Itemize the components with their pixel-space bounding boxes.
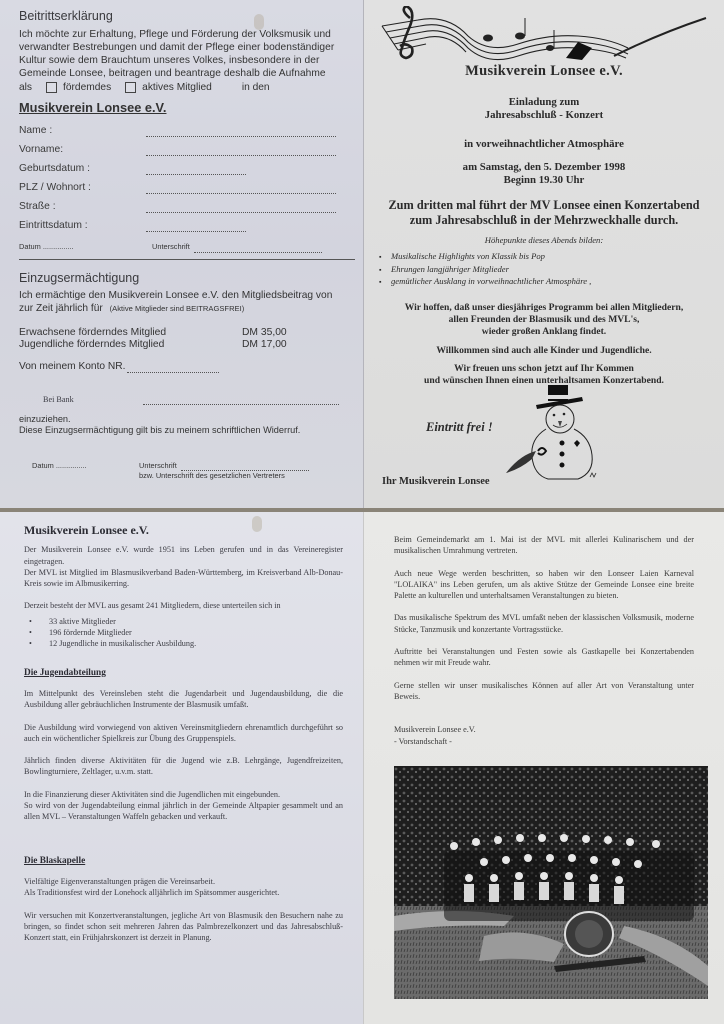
music-staff-icon <box>378 6 708 66</box>
active-member-checkbox[interactable] <box>125 82 136 93</box>
activities-paragraph: Gerne stellen wir unser musikalisches Kö… <box>394 680 694 703</box>
highlights-list: Musikalische Highlights von Klassik bis … <box>379 251 591 289</box>
about-panel: Musikverein Lonsee e.V. Der Musikverein … <box>0 512 364 1024</box>
band-photo-image <box>394 766 708 999</box>
activities-paragraph: Auch neue Wege werden beschritten, so ha… <box>394 568 694 602</box>
guardian-note: bzw. Unterschrift des gesetzlichen Vertr… <box>139 471 309 481</box>
street-label: Straße : <box>19 200 146 213</box>
bank-label: Bei Bank <box>19 381 143 405</box>
invitation-line: Einladung zum <box>364 96 724 109</box>
member-breakdown-item: 33 aktive Mitglieder <box>29 616 343 627</box>
band-section-heading: Die Blaskapelle <box>24 856 343 867</box>
street-field-row: Straße : <box>19 194 349 213</box>
as-label: als <box>19 81 32 94</box>
invitation-subtitle: Einladung zum Jahresabschluß - Konzert <box>364 96 724 122</box>
youth-paragraph: So wird von der Jugendabteilung einmal j… <box>24 800 343 823</box>
event-datetime: am Samstag, den 5. Dezember 1998 Beginn … <box>364 161 724 187</box>
active-members-free-note: (Aktive Mitglieder sind BEITRAGSFREI) <box>110 304 245 313</box>
membership-type-row: als fördemdes aktives Mitglied in den <box>19 81 349 94</box>
atmosphere-line: in vorweihnachtlicher Atmosphäre <box>364 138 724 151</box>
first-name-field-row: Vorname: <box>19 137 349 156</box>
fee-amount: DM 17,00 <box>242 339 287 351</box>
collect-label: einzuziehen. <box>19 414 349 425</box>
about-title: Musikverein Lonsee e.V. <box>24 525 343 536</box>
fee-label: Erwachsene förderndes Mitglied <box>19 327 242 339</box>
active-member-label: aktives Mitglied <box>142 81 212 94</box>
free-admission: Eintritt frei ! <box>426 420 493 435</box>
bank-row: Bei Bank <box>19 381 349 405</box>
zip-city-field-row: PLZ / Wohnort : <box>19 175 349 194</box>
hope-line: wieder großen Anklang findet. <box>364 326 724 338</box>
announcement-line: Zum dritten mal führt der MV Lonsee eine… <box>364 198 724 213</box>
activities-paragraph: Beim Gemeindemarkt am 1. Mai ist der MVL… <box>394 534 694 557</box>
band-paragraph: Wir versuchen mit Konzertveranstaltungen… <box>24 910 343 944</box>
highlight-item: Ehrungen langjähriger Mitglieder <box>379 264 591 277</box>
event-time: Beginn 19.30 Uhr <box>364 174 724 187</box>
first-name-label: Vorname: <box>19 143 146 156</box>
direct-debit-text: Ich ermächtige den Musikverein Lonsee e.… <box>19 289 349 315</box>
invitation-panel: Musikverein Lonsee e.V. Einladung zum Ja… <box>364 0 724 508</box>
first-name-field[interactable] <box>146 147 336 156</box>
fee-row: Erwachsene förderndes Mitglied DM 35,00 <box>19 327 349 339</box>
highlight-item: gemütlicher Ausklang in vorweihnachtlich… <box>379 276 591 289</box>
membership-signature-field[interactable] <box>194 244 322 253</box>
youth-paragraph: Die Ausbildung wird vorwiegend von aktiv… <box>24 722 343 745</box>
youth-paragraph: Im Mittelpunkt des Vereinsleben steht di… <box>24 688 343 711</box>
birthdate-field[interactable] <box>146 166 246 175</box>
announcement-line: zum Jahresabschluß in der Mehrzweckhalle… <box>364 213 724 228</box>
fee-label: Jugendliche förderndes Mitglied <box>19 339 242 351</box>
band-paragraph: Als Traditionsfest wird der Lonehock all… <box>24 887 343 898</box>
entry-date-field-row: Eintrittsdatum : <box>19 213 349 232</box>
membership-intro: Ich möchte zur Erhaltung, Pflege und För… <box>19 28 349 80</box>
welcome-message: Willkommen sind auch alle Kinder und Jug… <box>364 344 724 357</box>
bank-field[interactable] <box>143 396 339 405</box>
supporting-member-checkbox[interactable] <box>46 82 57 93</box>
flyer-inside-sheet: Musikverein Lonsee e.V. Der Musikverein … <box>0 512 724 1024</box>
account-row: Von meinem Konto NR. <box>19 360 349 373</box>
youth-section-heading: Die Jugendabteilung <box>24 668 343 679</box>
band-group-photo <box>394 766 708 999</box>
collect-text: einzuziehen. Diese Einzugsermächtigung g… <box>19 414 349 436</box>
street-field[interactable] <box>146 204 336 213</box>
concert-name: Jahresabschluß - Konzert <box>364 109 724 122</box>
membership-count-text: Derzeit besteht der MVL aus gesamt 241 M… <box>24 600 343 611</box>
member-breakdown-item: 12 Jugendliche in musikalischer Ausbildu… <box>29 638 343 649</box>
flyer-front-sheet: Beitrittserklärung Ich möchte zur Erhalt… <box>0 0 724 508</box>
event-date: am Samstag, den 5. Dezember 1998 <box>364 161 724 174</box>
activities-paragraph: Auftritte bei Veranstaltungen und Festen… <box>394 646 694 669</box>
debit-signature-field[interactable] <box>181 464 309 471</box>
club-name: Musikverein Lonsee e.V. <box>19 101 349 114</box>
member-breakdown-list: 33 aktive Mitglieder 196 fördernde Mitgl… <box>29 616 343 650</box>
membership-signature-row: Datum ............... Unterschrift <box>19 240 349 253</box>
activities-paragraph: Das musikalische Spektrum des MVL umfaßt… <box>394 612 694 635</box>
snowman-icon <box>506 383 616 488</box>
hope-line: Wir hoffen, daß unser diesjähriges Progr… <box>364 302 724 314</box>
membership-heading: Beitrittserklärung <box>19 10 349 23</box>
entry-date-field[interactable] <box>146 223 246 232</box>
direct-debit-heading: Einzugsermächtigung <box>19 272 349 285</box>
closing-club-name: Musikverein Lonsee e.V. <box>394 724 694 735</box>
membership-form-panel: Beitrittserklärung Ich möchte zur Erhalt… <box>0 0 364 508</box>
fee-list: Erwachsene förderndes Mitglied DM 35,00 … <box>19 327 349 351</box>
highlight-item: Musikalische Highlights von Klassik bis … <box>379 251 591 264</box>
debit-signature-label: Unterschrift <box>139 461 177 471</box>
youth-paragraph: Jährlich finden diverse Aktivitäten für … <box>24 755 343 778</box>
name-label: Name : <box>19 124 146 137</box>
membership-signature-label: Unterschrift <box>152 240 190 253</box>
account-number-field[interactable] <box>127 364 219 373</box>
debit-signature-row: Datum ............... Unterschrift bzw. … <box>19 461 349 480</box>
section-divider <box>19 259 355 260</box>
debit-date-field[interactable]: Datum ............... <box>19 461 139 480</box>
hope-line: allen Freunden der Blasmusik und des MVL… <box>364 314 724 326</box>
zip-city-label: PLZ / Wohnort : <box>19 181 146 194</box>
validity-text: Diese Einzugsermächtigung gilt bis zu me… <box>19 425 349 436</box>
hope-message: Wir hoffen, daß unser diesjähriges Progr… <box>364 302 724 338</box>
birthdate-label: Geburtsdatum : <box>19 162 146 175</box>
account-label: Von meinem Konto NR. <box>19 360 125 373</box>
invitation-club-title: Musikverein Lonsee e.V. <box>364 63 724 80</box>
fee-row: Jugendliche förderndes Mitglied DM 17,00 <box>19 339 349 351</box>
name-field-row: Name : <box>19 118 349 137</box>
youth-paragraph: In die Finanzierung dieser Aktivitäten s… <box>24 789 343 800</box>
punch-hole <box>252 516 262 532</box>
birthdate-field-row: Geburtsdatum : <box>19 156 349 175</box>
highlights-heading: Höhepunkte dieses Abends bilden: <box>364 235 724 245</box>
affiliation-text: Der MVL ist Mitglied im Blasmusikverband… <box>24 567 343 590</box>
founding-text: Der Musikverein Lonsee e.V. wurde 1951 i… <box>24 544 343 567</box>
band-paragraph: Vielfältige Eigenveranstaltungen prägen … <box>24 876 343 887</box>
invitation-signoff: Ihr Musikverein Lonsee <box>382 476 490 487</box>
in-the-label: in den <box>242 81 270 94</box>
entry-date-label: Eintrittsdatum : <box>19 219 146 232</box>
zip-city-field[interactable] <box>146 185 336 194</box>
fee-amount: DM 35,00 <box>242 327 287 339</box>
membership-date-field[interactable]: Datum ............... <box>19 240 152 253</box>
activities-panel: Beim Gemeindemarkt am 1. Mai ist der MVL… <box>364 512 724 1024</box>
supporting-member-label: fördemdes <box>63 81 111 94</box>
punch-hole <box>254 14 264 30</box>
name-field[interactable] <box>146 128 336 137</box>
announcement: Zum dritten mal führt der MV Lonsee eine… <box>364 198 724 227</box>
member-breakdown-item: 196 fördernde Mitglieder <box>29 627 343 638</box>
closing-line: Wir freuen uns schon jetzt auf Ihr Komme… <box>364 363 724 375</box>
activities-closing: Musikverein Lonsee e.V. - Vorstandschaft… <box>394 724 694 747</box>
closing-board: - Vorstandschaft - <box>394 736 694 747</box>
